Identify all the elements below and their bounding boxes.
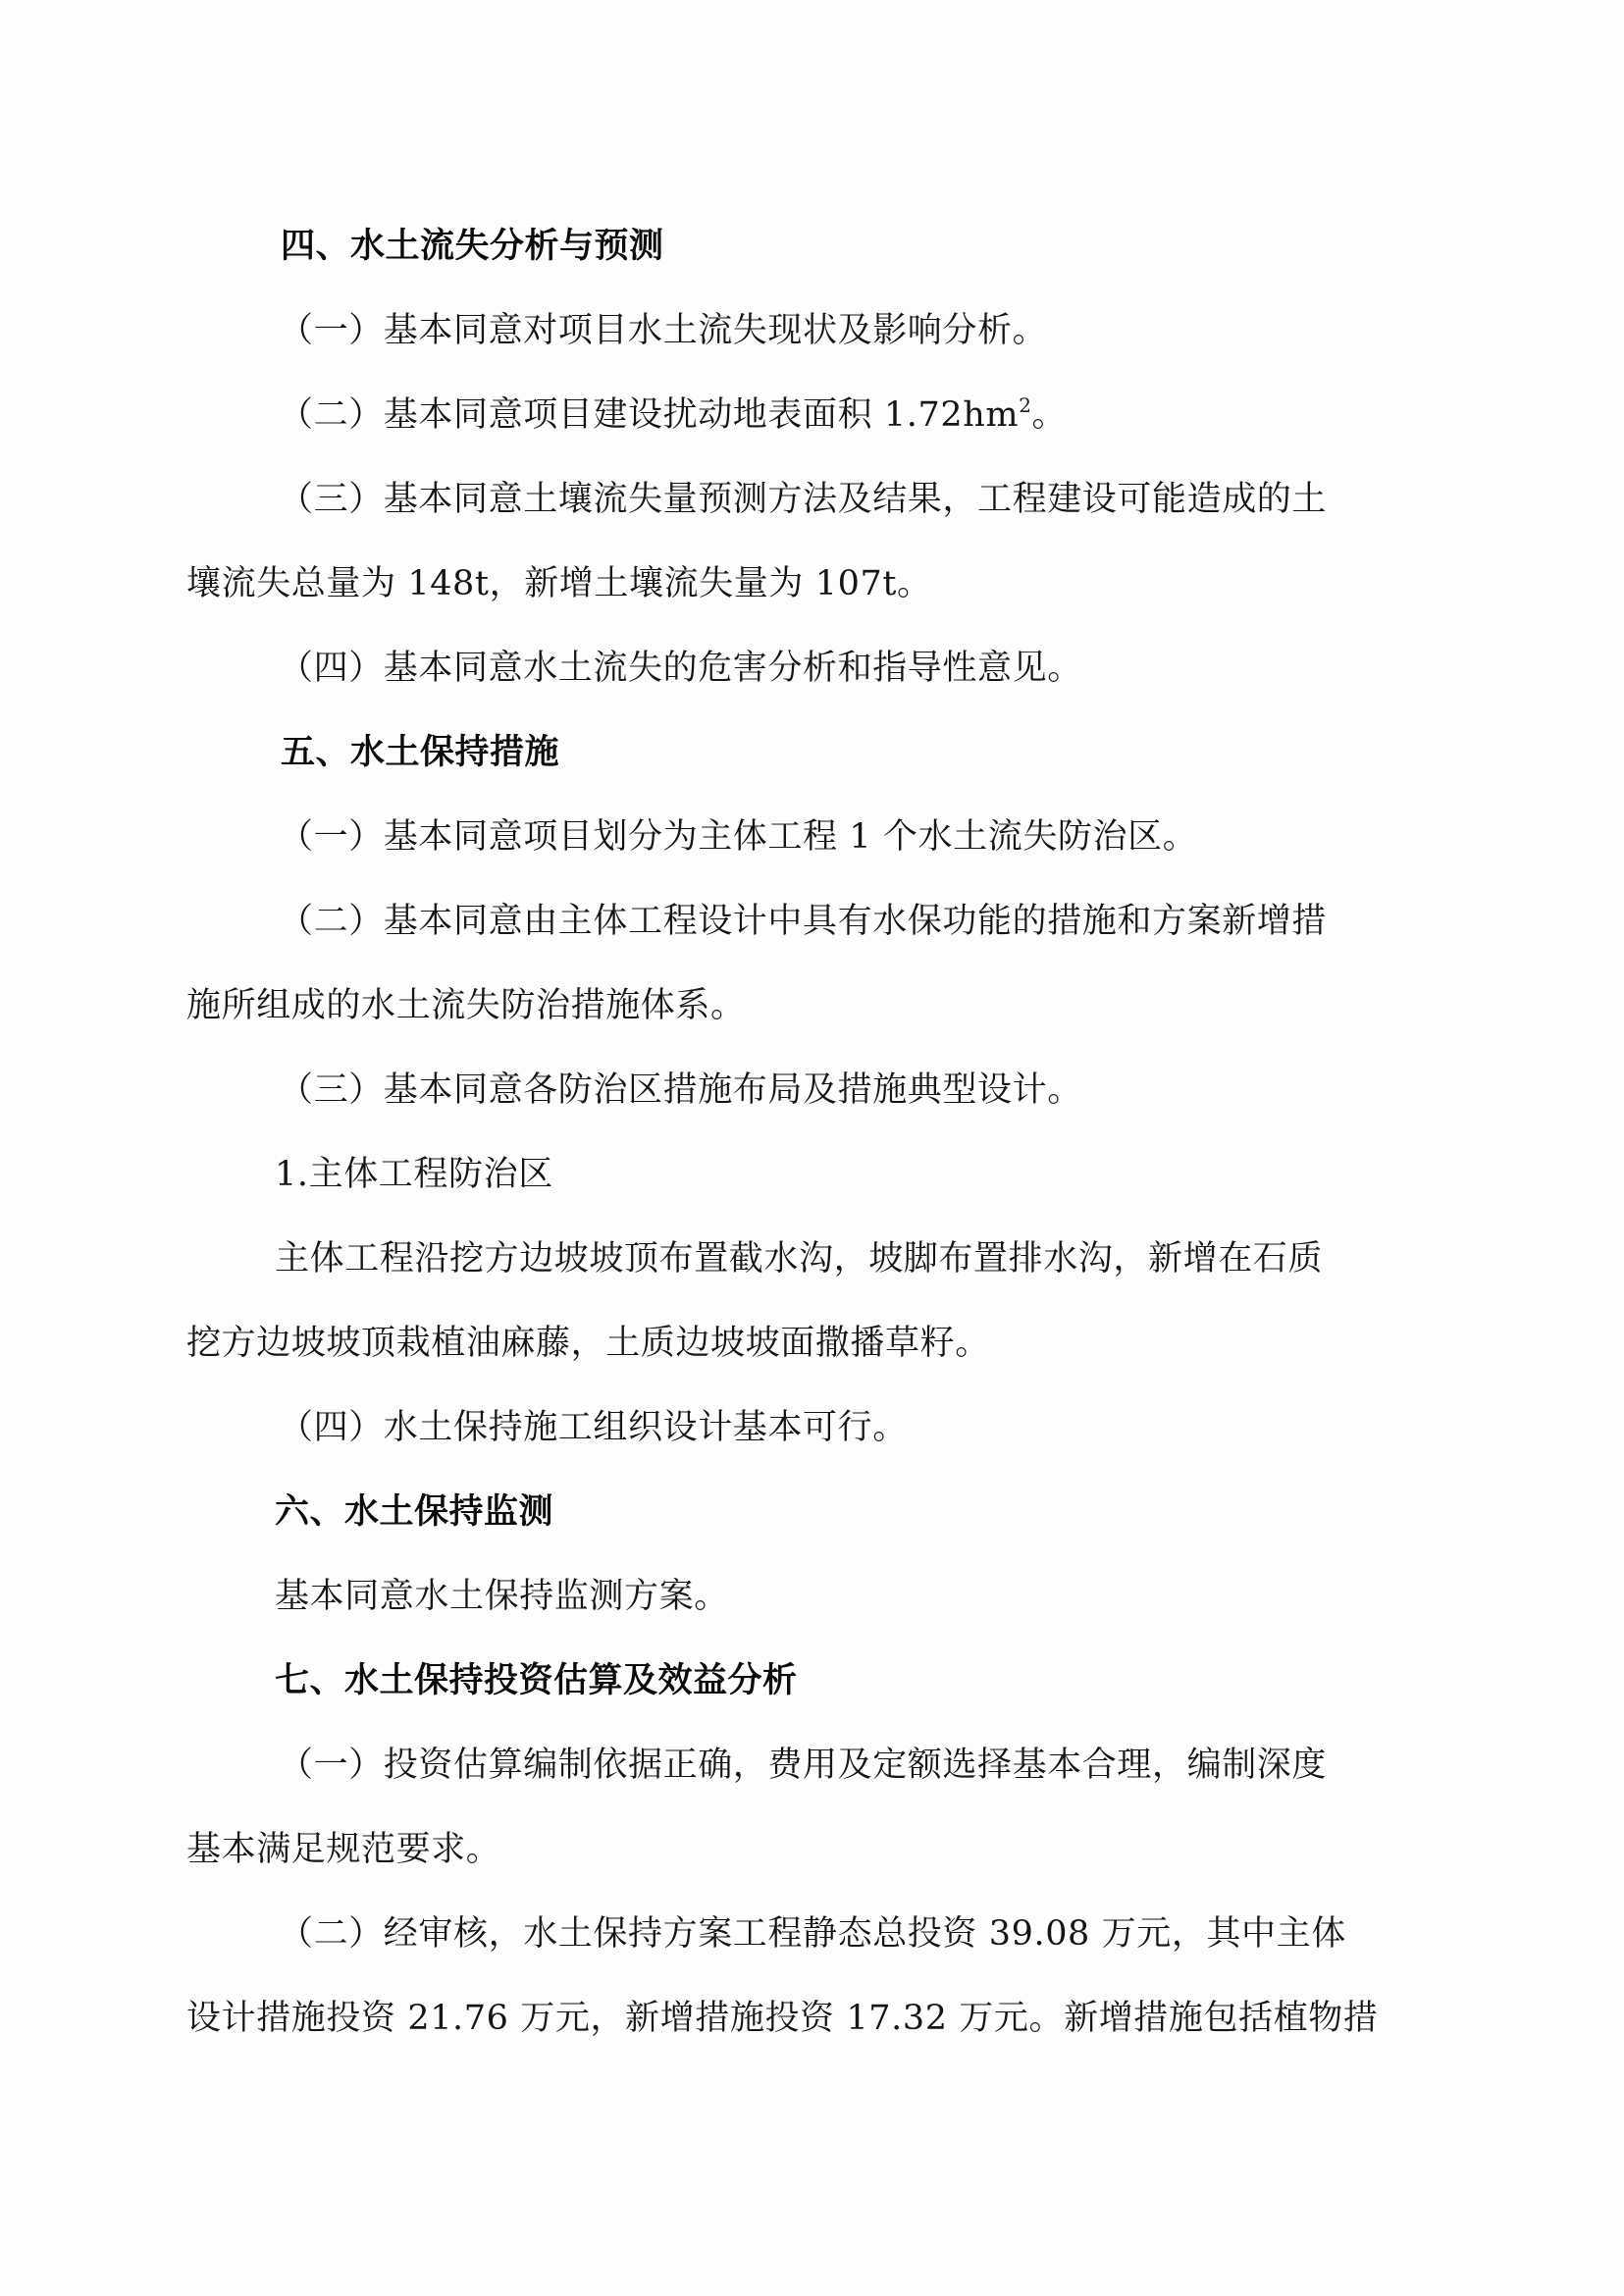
paragraph-4-3-line-1: （三）基本同意土壤流失量预测方法及结果，工程建设可能造成的土 — [186, 457, 1423, 542]
section-heading-7: 七、水土保持投资估算及效益分析 — [186, 1639, 1423, 1723]
paragraph-4-2-end: 。 — [1032, 395, 1068, 435]
paragraph-5-zone-line-1: 主体工程沿挖方边坡坡顶布置截水沟，坡脚布置排水沟，新增在石质 — [186, 1217, 1423, 1301]
superscript-2: 2 — [1019, 393, 1031, 417]
paragraph-7-1-line-1: （一）投资估算编制依据正确，费用及定额选择基本合理，编制深度 — [186, 1723, 1423, 1807]
paragraph-5-2-line-1: （二）基本同意由主体工程设计中具有水保功能的措施和方案新增措 — [186, 879, 1423, 964]
document-page: 四、水土流失分析与预测 （一）基本同意对项目水土流失现状及影响分析。 （二）基本… — [186, 204, 1423, 2061]
paragraph-7-2-line-2: 设计措施投资 21.76 万元，新增措施投资 17.32 万元。新增措施包括植物… — [186, 1976, 1423, 2061]
paragraph-4-2-text: （二）基本同意项目建设扰动地表面积 1.72hm — [279, 395, 1019, 435]
paragraph-7-2-line-1: （二）经审核，水土保持方案工程静态总投资 39.08 万元，其中主体 — [186, 1892, 1423, 1976]
paragraph-4-2: （二）基本同意项目建设扰动地表面积 1.72hm2。 — [186, 373, 1423, 457]
paragraph-5-2-line-2: 施所组成的水土流失防治措施体系。 — [186, 964, 1423, 1048]
subheading-main-project-zone: 1.主体工程防治区 — [186, 1132, 1423, 1217]
paragraph-6-1: 基本同意水土保持监测方案。 — [186, 1554, 1423, 1639]
paragraph-4-3-line-2: 壤流失总量为 148t，新增土壤流失量为 107t。 — [186, 542, 1423, 626]
section-heading-5: 五、水土保持措施 — [186, 710, 1423, 795]
paragraph-4-1: （一）基本同意对项目水土流失现状及影响分析。 — [186, 288, 1423, 373]
section-heading-6: 六、水土保持监测 — [186, 1470, 1423, 1554]
paragraph-5-3: （三）基本同意各防治区措施布局及措施典型设计。 — [186, 1048, 1423, 1132]
paragraph-5-zone-line-2: 挖方边坡坡顶栽植油麻藤，土质边坡坡面撒播草籽。 — [186, 1301, 1423, 1385]
paragraph-5-4: （四）水土保持施工组织设计基本可行。 — [186, 1385, 1423, 1470]
section-heading-4: 四、水土流失分析与预测 — [186, 204, 1423, 288]
paragraph-4-4: （四）基本同意水土流失的危害分析和指导性意见。 — [186, 626, 1423, 710]
paragraph-5-1: （一）基本同意项目划分为主体工程 1 个水土流失防治区。 — [186, 795, 1423, 879]
paragraph-7-1-line-2: 基本满足规范要求。 — [186, 1807, 1423, 1892]
